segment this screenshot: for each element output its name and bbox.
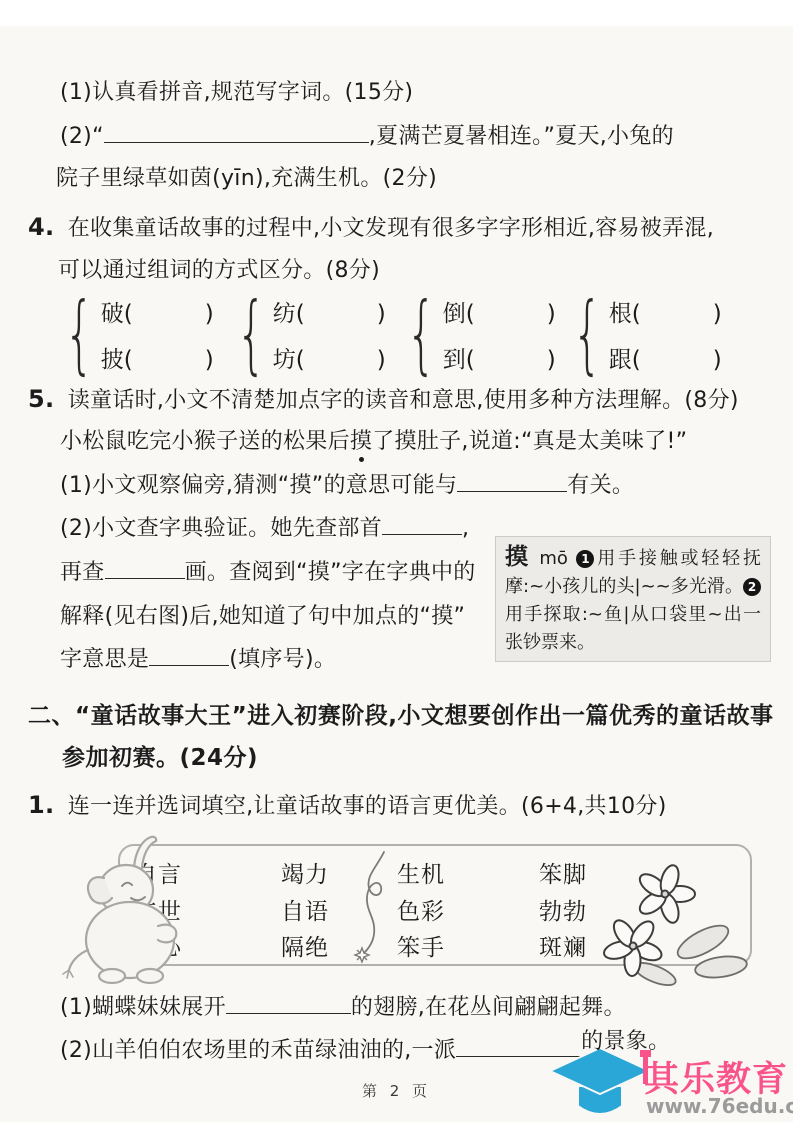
pair-row: 跟()	[609, 341, 722, 374]
sentence-text: 小松鼠吃完小猴子送的松果后	[60, 429, 350, 454]
char: 根	[609, 301, 632, 327]
dict-definition-2: 用手探取:~鱼|从口袋里~出一张钞票来。	[505, 604, 761, 653]
question-text: (1)认真看拼音,规范写字词。(15分)	[60, 80, 413, 105]
question-text: 可以通过组词的方式区分。(8分)	[58, 258, 380, 283]
dict-headword: 摸	[505, 544, 531, 570]
answer-blank[interactable]	[457, 474, 567, 492]
question-text: (2)山羊伯伯农场里的禾苗绿油油的,一派	[60, 1038, 456, 1063]
pair-row: 根()	[609, 295, 722, 328]
circled-number-2-icon: 2	[743, 578, 761, 596]
paren-open: (	[632, 347, 641, 373]
dictionary-entry-box: 摸 mō 1用手接触或轻轻抚摩:~小孩儿的头|~~多光滑。2用手探取:~鱼|从口…	[495, 536, 771, 662]
fill-question-1: (1)蝴蝶妹妹展开的翅膀,在花丛间翩翩起舞。	[60, 993, 626, 1023]
char-pair-group-2: { 纺() 坊()	[224, 294, 386, 374]
char: 倒	[443, 301, 466, 327]
question-text: (1)蝴蝶妹妹展开	[60, 995, 226, 1020]
pair-row: 破()	[101, 295, 214, 328]
question-text: ,	[462, 516, 469, 541]
circled-number-1-icon: 1	[576, 550, 594, 568]
question-text: (2)“	[60, 124, 104, 149]
match-word[interactable]: 勃勃	[539, 893, 587, 926]
question-text: 连一连并选词填空,让童话故事的语言更优美。(6+4,共10分)	[68, 794, 667, 819]
question-text: 的翅膀,在花丛间翩翩起舞。	[351, 995, 626, 1020]
pair-row: 坊()	[273, 341, 386, 374]
answer-blank[interactable]	[149, 648, 229, 666]
char-pair-group-4: { 根() 跟()	[560, 294, 722, 374]
paren-close: )	[713, 347, 722, 373]
question-1-2-cont: 院子里绿草如茵(yīn),充满生机。(2分)	[56, 164, 437, 194]
question-text: (填序号)。	[229, 647, 336, 672]
paren-open: (	[466, 301, 475, 327]
char: 到	[443, 347, 466, 373]
question-text: 的景象。	[581, 1029, 670, 1054]
emphasized-char: 摸	[350, 429, 372, 454]
brace-icon: {	[64, 294, 94, 374]
graduation-cap-icon	[548, 1046, 652, 1122]
question-number: 1.	[28, 791, 54, 819]
match-word[interactable]: 竭力	[281, 856, 329, 889]
paren-open: (	[296, 301, 305, 327]
match-word[interactable]: 生机	[397, 856, 445, 889]
paren-close: )	[205, 347, 214, 373]
match-word[interactable]: 斑斓	[539, 929, 587, 962]
test-paper-page: (1)认真看拼音,规范写字词。(15分) (2)“,夏满芒夏暑相连。”夏天,小兔…	[0, 0, 793, 1122]
question-text: (2)小文查字典验证。她先查部首	[60, 516, 382, 541]
brace-icon: {	[236, 294, 266, 374]
question-1-2: (2)“,夏满芒夏暑相连。”夏天,小兔的	[60, 122, 674, 152]
paren-close: )	[547, 347, 556, 373]
answer-blank[interactable]	[226, 996, 351, 1014]
answer-blank[interactable]	[105, 561, 185, 579]
section-2-heading-cont: 参加初赛。(24分)	[62, 743, 258, 773]
question-text: 字意思是	[60, 647, 149, 672]
question-5-sub2a: (2)小文查字典验证。她先查部首,	[60, 514, 469, 544]
brace-icon: {	[572, 294, 602, 374]
paren-close: )	[547, 301, 556, 327]
star-flower-icon	[355, 948, 369, 962]
pair-row: 纺()	[273, 295, 386, 328]
char: 破	[101, 301, 124, 327]
pair-row: 到()	[443, 341, 556, 374]
char: 坊	[273, 347, 296, 373]
question-text: (1)小文观察偏旁,猜测“摸”的意思可能与	[60, 473, 457, 498]
question-text: 再查	[60, 560, 105, 585]
char: 纺	[273, 301, 296, 327]
match-word[interactable]: 色彩	[397, 893, 445, 926]
question-text: 画。查阅到“摸”字在字典中的	[185, 560, 476, 585]
page-number: 第 2 页	[362, 1080, 431, 1101]
paren-close: )	[377, 347, 386, 373]
answer-blank[interactable]	[104, 125, 369, 143]
paren-open: (	[124, 301, 133, 327]
question-5-sub1: (1)小文观察偏旁,猜测“摸”的意思可能与有关。	[60, 471, 634, 501]
question-text: 读童话时,小文不清楚加点字的读音和意思,使用多种方法理解。(8分)	[68, 388, 739, 413]
dict-pinyin: mō	[539, 548, 568, 569]
char: 披	[101, 347, 124, 373]
paren-open: (	[632, 301, 641, 327]
match-word[interactable]: 笨手	[397, 929, 445, 962]
paren-open: (	[296, 347, 305, 373]
section-2-heading: 二、“童话故事大王”进入初赛阶段,小文想要创作出一篇优秀的童话故事	[28, 701, 773, 731]
paren-close: )	[713, 301, 722, 327]
pair-row: 倒()	[443, 295, 556, 328]
section-2-question-1: 1. 连一连并选词填空,让童话故事的语言更优美。(6+4,共10分)	[28, 790, 667, 822]
question-text: ,夏满芒夏暑相连。”夏天,小兔的	[369, 124, 674, 149]
question-number: 4.	[28, 213, 54, 241]
char-pair-group-3: { 倒() 到()	[394, 294, 556, 374]
question-4-cont: 可以通过组词的方式区分。(8分)	[58, 256, 380, 286]
paren-close: )	[377, 301, 386, 327]
question-4: 4. 在收集童话故事的过程中,小文发现有很多字字形相近,容易被弄混,	[28, 212, 714, 244]
heading-text: 二、“童话故事大王”进入初赛阶段,小文想要创作出一篇优秀的童话故事	[28, 703, 773, 729]
heading-text: 参加初赛。(24分)	[62, 745, 258, 771]
char-pair-group-1: { 破() 披()	[52, 294, 214, 374]
question-5-sub2d: 字意思是(填序号)。	[60, 645, 336, 675]
match-word[interactable]: 笨脚	[539, 856, 587, 889]
question-5-sub2c: 解释(见右图)后,她知道了句中加点的“摸”	[60, 602, 465, 632]
match-word[interactable]: 自语	[281, 893, 329, 926]
char: 跟	[609, 347, 632, 373]
question-text: 在收集童话故事的过程中,小文发现有很多字字形相近,容易被弄混,	[68, 216, 714, 241]
question-text: 院子里绿草如茵(yīn),充满生机。(2分)	[56, 166, 437, 191]
vine-decoration	[352, 850, 398, 964]
question-text: 解释(见右图)后,她知道了句中加点的“摸”	[60, 604, 465, 629]
question-5-sub2b: 再查画。查阅到“摸”字在字典中的	[60, 558, 476, 588]
answer-blank[interactable]	[382, 517, 462, 535]
paren-open: (	[466, 347, 475, 373]
question-5-sentence: 小松鼠吃完小猴子送的松果后摸了摸肚子,说道:“真是太美味了!”	[60, 427, 687, 457]
match-word[interactable]: 隔绝	[281, 929, 329, 962]
paren-open: (	[124, 347, 133, 373]
brace-icon: {	[406, 294, 436, 374]
elephant-illustration	[38, 834, 190, 988]
question-text: 有关。	[567, 473, 634, 498]
watermark-url: www.76edu.com	[646, 1094, 793, 1118]
paren-close: )	[205, 301, 214, 327]
pair-row: 披()	[101, 341, 214, 374]
flower-illustration	[593, 850, 763, 992]
question-1-1: (1)认真看拼音,规范写字词。(15分)	[60, 78, 413, 108]
sentence-text: 了摸肚子,说道:“真是太美味了!”	[372, 429, 687, 454]
question-5: 5. 读童话时,小文不清楚加点字的读音和意思,使用多种方法理解。(8分)	[28, 384, 739, 416]
question-number: 5.	[28, 385, 54, 413]
